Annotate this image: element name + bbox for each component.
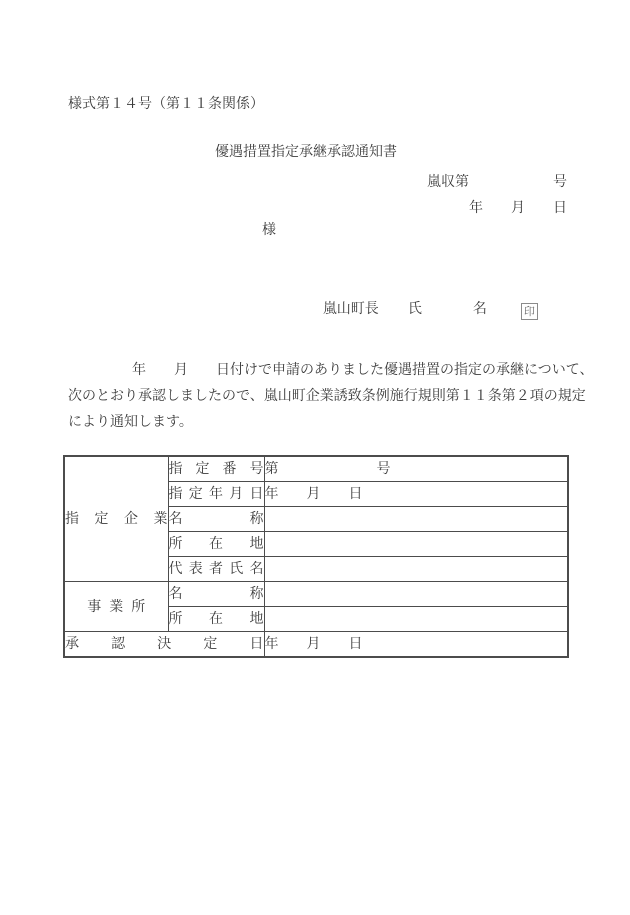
form-number: 様式第１４号（第１１条関係） [68, 97, 264, 111]
body-line-1: 年 月 日付けで申請のありました優遇措置の指定の承継について、 [68, 357, 570, 383]
value-designation-number: 第 号 [264, 456, 568, 482]
body-paragraph: 年 月 日付けで申請のありました優遇措置の指定の承継について、 次のとおり承認し… [68, 357, 570, 435]
sender-name-label-mei: 名 [473, 301, 487, 317]
sender-title: 嵐山町長 [323, 301, 379, 317]
field-label-company-name: 名称 [168, 507, 264, 532]
designation-table: 指定企業 指定番号 第 号 指定年月日 年 月 日 名称 所在地 代表者氏名 [63, 455, 569, 658]
group-cell-business-office: 事業所 [64, 582, 168, 632]
field-label-designation-date: 指定年月日 [168, 482, 264, 507]
value-office-address [264, 607, 568, 632]
group-cell-designated-company: 指定企業 [64, 456, 168, 582]
value-approval-decision-date: 年 月 日 [264, 632, 568, 658]
document-title: 優遇措置指定承継承認通知書 [0, 145, 612, 159]
value-representative-name [264, 557, 568, 582]
field-label-office-address: 所在地 [168, 607, 264, 632]
field-label-approval-decision-date: 承認決定日 [64, 632, 264, 658]
value-designation-date: 年 月 日 [264, 482, 568, 507]
value-company-name [264, 507, 568, 532]
body-line-2: 次のとおり承認しましたので、嵐山町企業誘致条例施行規則第１１条第２項の規定 [68, 383, 570, 409]
table-row: 事業所 名称 [64, 582, 568, 607]
document-number-line: 嵐収第 号 [427, 175, 567, 189]
field-label-representative-name: 代表者氏名 [168, 557, 264, 582]
document-page: 様式第１４号（第１１条関係） 優遇措置指定承継承認通知書 嵐収第 号 年 月 日… [0, 0, 630, 915]
seal-mark: 印 [521, 303, 538, 320]
body-line-3: により通知します。 [68, 409, 570, 435]
sender-name-label-shi: 氏 [408, 301, 422, 317]
issue-date-line: 年 月 日 [469, 201, 567, 215]
table-row: 承認決定日 年 月 日 [64, 632, 568, 658]
field-label-office-name: 名称 [168, 582, 264, 607]
value-office-name [264, 582, 568, 607]
value-company-address [264, 532, 568, 557]
addressee-honorific: 様 [262, 223, 276, 237]
table-row: 指定企業 指定番号 第 号 [64, 456, 568, 482]
field-label-company-address: 所在地 [168, 532, 264, 557]
sender-line: 嵐山町長氏名印 [305, 288, 538, 334]
field-label-designation-number: 指定番号 [168, 456, 264, 482]
